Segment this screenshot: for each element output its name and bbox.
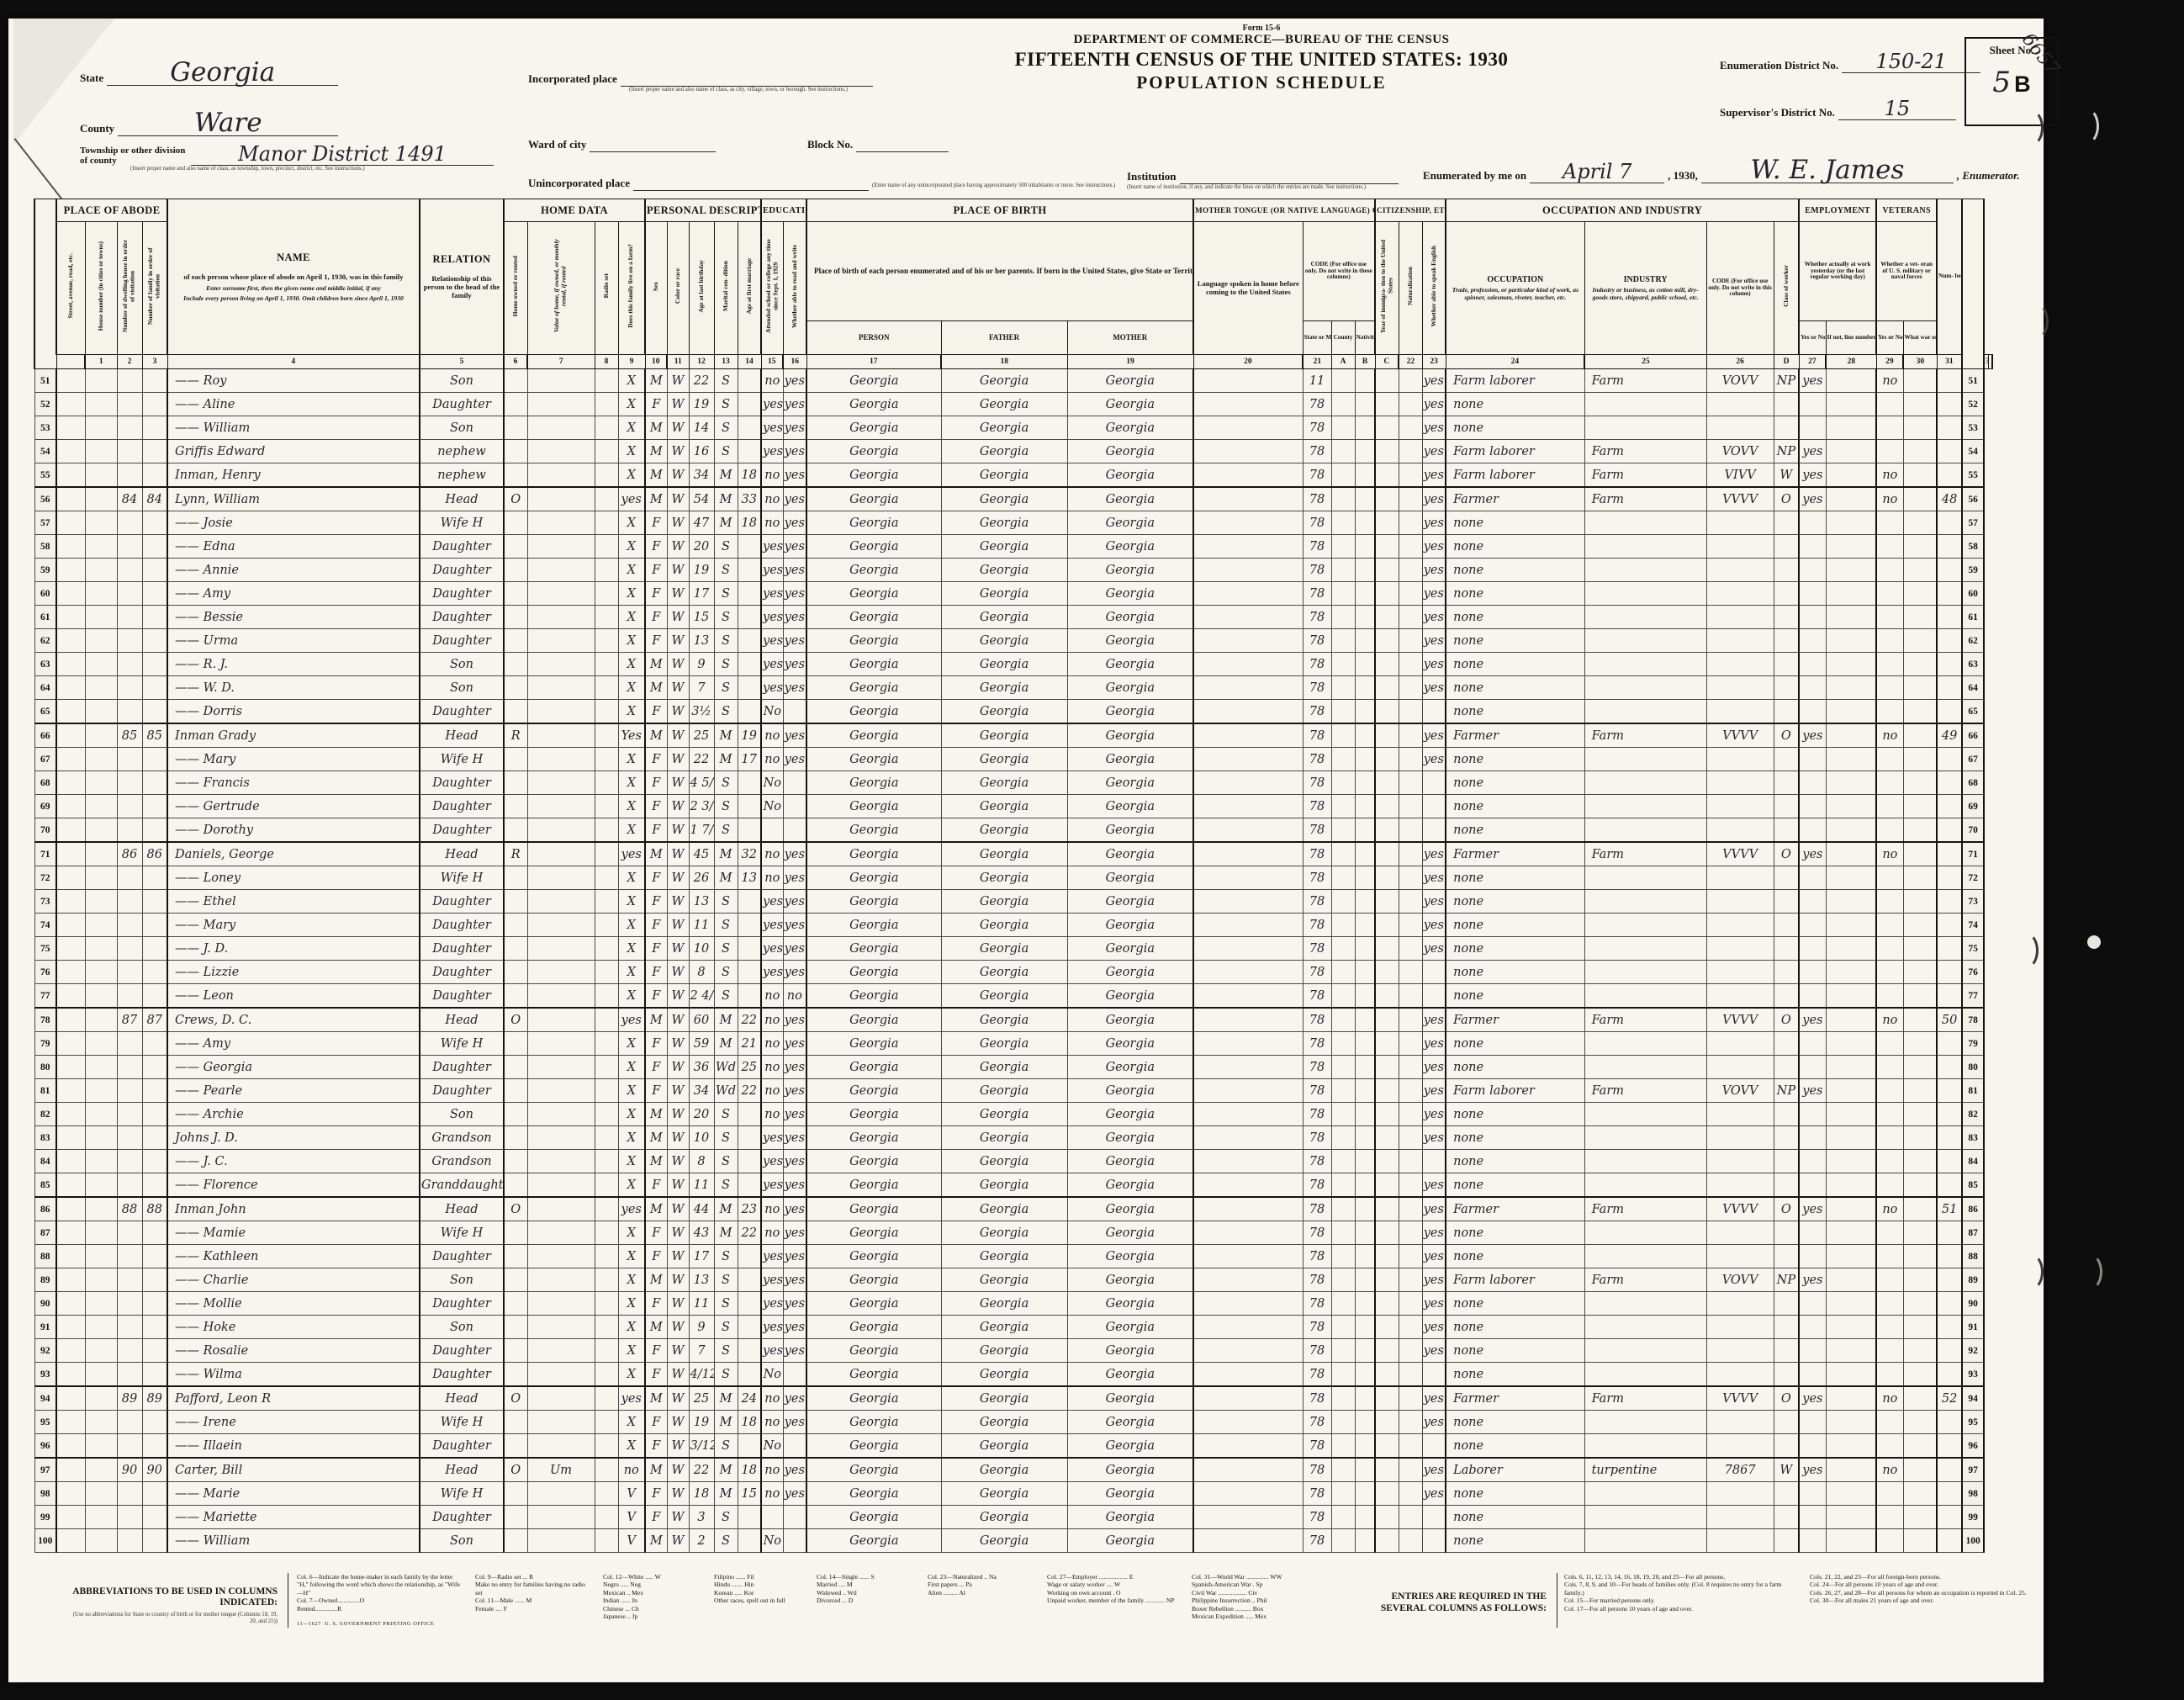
cell: F	[645, 1079, 667, 1103]
cell: No	[761, 771, 783, 795]
cell	[595, 676, 618, 700]
cell	[1355, 582, 1375, 606]
cell: yes	[783, 890, 806, 914]
cell	[1331, 393, 1355, 416]
cell	[1937, 961, 1962, 984]
cell: 54	[689, 487, 714, 511]
cell: no	[1876, 1458, 1903, 1482]
cell: W	[667, 890, 689, 914]
cell	[1876, 937, 1903, 961]
cell: yes	[783, 1126, 806, 1150]
cell	[1422, 1363, 1446, 1387]
group-veterans: VETERANS	[1876, 199, 1937, 222]
cell: Georgia	[1067, 1529, 1193, 1553]
cell	[1355, 1150, 1375, 1173]
block-field: Block No.	[807, 136, 949, 152]
cell	[1331, 818, 1355, 843]
cell	[504, 1529, 527, 1553]
cell	[1584, 1126, 1706, 1150]
cell	[504, 700, 527, 724]
cell: S	[714, 1268, 738, 1292]
cell	[85, 818, 117, 843]
cell	[56, 937, 85, 961]
cell: yes	[783, 559, 806, 582]
cell: F	[645, 1363, 667, 1387]
table-row: 57—— JosieWife HXFW47M18noyesGeorgiaGeor…	[34, 511, 1992, 535]
cell: W	[667, 463, 689, 488]
name-cell: —— Irene	[167, 1411, 420, 1434]
cell: no	[761, 1482, 783, 1506]
cell: none	[1446, 653, 1584, 676]
cell: F	[645, 748, 667, 771]
cell	[1399, 1103, 1422, 1126]
cell	[56, 487, 85, 511]
cell	[1903, 1197, 1937, 1221]
cell	[1903, 440, 1937, 463]
cell: Georgia	[1067, 1056, 1193, 1079]
cell: 89	[117, 1386, 142, 1411]
cell	[1706, 1245, 1774, 1268]
cell: X	[618, 463, 645, 488]
county-field: County Ware	[80, 113, 338, 136]
cell: 20	[689, 535, 714, 559]
cell: Georgia	[806, 463, 941, 488]
cell	[1937, 890, 1962, 914]
cell: O	[1774, 842, 1799, 866]
cell	[1584, 818, 1706, 843]
entries-title: ENTRIES ARE REQUIRED IN THE SEVERAL COLU…	[1345, 1591, 1547, 1615]
cell: S	[714, 914, 738, 937]
cell	[595, 1103, 618, 1126]
line-number: 95	[1962, 1411, 1984, 1434]
cell	[1399, 866, 1422, 890]
cell: VVVV	[1706, 723, 1774, 748]
cell	[1774, 393, 1799, 416]
cell	[1826, 1529, 1876, 1553]
cell	[1355, 535, 1375, 559]
cell	[595, 914, 618, 937]
table-row: 568484Lynn, WilliamHeadOyesMW54M33noyesG…	[34, 487, 1992, 511]
punch-mark	[2018, 109, 2044, 146]
cell	[1331, 1150, 1355, 1173]
cell	[1903, 606, 1937, 629]
footer-note-line: Negro ..... Neg	[603, 1581, 704, 1588]
cell: Georgia	[941, 1079, 1067, 1103]
cell	[117, 559, 142, 582]
cell	[1903, 393, 1937, 416]
table-row: 79—— AmyWife HXFW59M21noyesGeorgiaGeorgi…	[34, 1032, 1992, 1056]
cell	[117, 653, 142, 676]
cell: S	[714, 1363, 738, 1387]
cell: no	[761, 511, 783, 535]
col-17-header: Whether able to read and write	[783, 222, 806, 355]
line-number: 93	[34, 1363, 56, 1387]
cell: X	[618, 1268, 645, 1292]
cell: yes	[761, 1245, 783, 1268]
cell: X	[618, 984, 645, 1009]
cell: Georgia	[806, 535, 941, 559]
block-label: Block No.	[807, 138, 853, 151]
cell	[1375, 700, 1399, 724]
cell	[1193, 1126, 1303, 1150]
col-22-header: Year of immigra- tion to the United Stat…	[1375, 222, 1399, 355]
cell	[1193, 1079, 1303, 1103]
cell: Georgia	[941, 535, 1067, 559]
cell	[1399, 1245, 1422, 1268]
line-number: 78	[1962, 1008, 1984, 1032]
institution-field: Institution (Insert name of institution,…	[1127, 168, 1404, 190]
line-number: 71	[34, 842, 56, 866]
cell: yes	[1799, 723, 1826, 748]
line-number: 66	[34, 723, 56, 748]
line-number: 90	[34, 1292, 56, 1316]
cell: Georgia	[806, 748, 941, 771]
cell: Georgia	[941, 653, 1067, 676]
cell	[56, 535, 85, 559]
cell	[1399, 937, 1422, 961]
cell: Georgia	[806, 1529, 941, 1553]
cell	[1826, 1245, 1876, 1268]
cell	[142, 700, 167, 724]
cell	[527, 1411, 595, 1434]
cell	[1399, 890, 1422, 914]
cell: none	[1446, 1292, 1584, 1316]
cell	[1584, 1506, 1706, 1529]
cell	[527, 723, 595, 748]
cell	[142, 393, 167, 416]
cell: Daughter	[420, 606, 504, 629]
cell	[1422, 1506, 1446, 1529]
table-row: 93—— WilmaDaughterXFW4/12SNoGeorgiaGeorg…	[34, 1363, 1992, 1387]
cell	[117, 890, 142, 914]
name-cell: Lynn, William	[167, 487, 420, 511]
cell: Georgia	[1067, 723, 1193, 748]
cell	[527, 984, 595, 1009]
cell: NP	[1774, 1268, 1799, 1292]
cell	[504, 771, 527, 795]
cell: 78	[1303, 842, 1331, 866]
cell	[1584, 1529, 1706, 1553]
cell	[527, 890, 595, 914]
punch-mark	[2018, 1253, 2044, 1290]
cell: 15	[738, 1482, 761, 1506]
cell: none	[1446, 1173, 1584, 1198]
cell	[1937, 1126, 1962, 1150]
cell	[1903, 723, 1937, 748]
cell	[1375, 535, 1399, 559]
cell: Georgia	[941, 866, 1067, 890]
cell	[117, 1150, 142, 1173]
line-number: 64	[34, 676, 56, 700]
cell: yes	[783, 1316, 806, 1339]
cell	[1193, 1411, 1303, 1434]
cell: Georgia	[1067, 795, 1193, 818]
cell	[1331, 1506, 1355, 1529]
cell	[1399, 818, 1422, 843]
cell	[595, 1268, 618, 1292]
table-header: PLACE OF ABODE NAME of each person whose…	[34, 199, 1992, 369]
cell: Georgia	[806, 1434, 941, 1459]
cell: Georgia	[1067, 629, 1193, 653]
cell	[1937, 1316, 1962, 1339]
cell	[1876, 1482, 1903, 1506]
cell	[504, 914, 527, 937]
cell: 19	[738, 723, 761, 748]
cell: 17	[689, 582, 714, 606]
cell	[56, 463, 85, 488]
cell	[738, 771, 761, 795]
cell: W	[667, 416, 689, 440]
cell	[595, 1126, 618, 1150]
column-number: 1	[85, 355, 117, 369]
footer-col-e: Col. 14—Single ...... SMarried .... MWid…	[817, 1573, 917, 1628]
cell	[1193, 1056, 1303, 1079]
cell	[1876, 1032, 1903, 1056]
cell: 2 4/12	[689, 984, 714, 1009]
cell: Georgia	[806, 1079, 941, 1103]
table-row: 68—— FrancisDaughterXFW4 5/12SNoGeorgiaG…	[34, 771, 1992, 795]
cell	[1799, 1173, 1826, 1198]
emp-line-subheader: If not, line number on Unem- ployment Sc…	[1826, 321, 1876, 355]
name-cell: Inman John	[167, 1197, 420, 1221]
cell: X	[618, 369, 645, 393]
name-cell: Pafford, Leon R	[167, 1386, 420, 1411]
cell: M	[714, 1411, 738, 1434]
cell	[85, 629, 117, 653]
line-number: 86	[34, 1197, 56, 1221]
cell	[1876, 1173, 1903, 1198]
cell: W	[667, 1529, 689, 1553]
cell	[1375, 961, 1399, 984]
cell	[738, 393, 761, 416]
cell: no	[761, 748, 783, 771]
cell	[1331, 700, 1355, 724]
cell	[1774, 1032, 1799, 1056]
cell: V	[618, 1482, 645, 1506]
cell	[1903, 1032, 1937, 1056]
cell	[1331, 1079, 1355, 1103]
name-cell: Crews, D. C.	[167, 1008, 420, 1032]
line-number: 63	[1962, 653, 1984, 676]
cell: 9	[689, 653, 714, 676]
line-number: 80	[1962, 1056, 1984, 1079]
cell	[1331, 582, 1355, 606]
cell: M	[714, 1458, 738, 1482]
cell	[1799, 890, 1826, 914]
cell: no	[761, 1103, 783, 1126]
cell	[85, 771, 117, 795]
cell: 19	[689, 559, 714, 582]
cell	[1399, 842, 1422, 866]
cell: VIVV	[1706, 463, 1774, 488]
cell	[783, 771, 806, 795]
cell	[56, 1458, 85, 1482]
cell	[85, 1529, 117, 1553]
cell	[1937, 914, 1962, 937]
cell: yes	[1422, 1173, 1446, 1198]
cell	[1706, 795, 1774, 818]
cell	[1903, 1363, 1937, 1387]
cell: No	[761, 1434, 783, 1459]
cell	[1331, 748, 1355, 771]
cell	[1355, 984, 1375, 1009]
footer-note-line: Wage or salary worker .... W	[1047, 1581, 1182, 1588]
cell: Wd	[714, 1056, 738, 1079]
cell: no	[761, 487, 783, 511]
cell	[56, 511, 85, 535]
cell	[1799, 914, 1826, 937]
cell: Georgia	[806, 1221, 941, 1245]
cell	[142, 1292, 167, 1316]
name-cell: —— Lizzie	[167, 961, 420, 984]
cell	[1584, 1173, 1706, 1198]
cell: Farm	[1584, 1197, 1706, 1221]
name-cell: —— Kathleen	[167, 1245, 420, 1268]
cell	[142, 1150, 167, 1173]
cell	[527, 1197, 595, 1221]
cell: M	[645, 1529, 667, 1553]
cell: none	[1446, 866, 1584, 890]
column-number: 29	[1876, 355, 1903, 369]
cell: 18	[738, 463, 761, 488]
cell: S	[714, 937, 738, 961]
cell	[142, 535, 167, 559]
cell	[1584, 1339, 1706, 1363]
cell: Georgia	[806, 1056, 941, 1079]
cell	[1799, 700, 1826, 724]
cell: Georgia	[1067, 559, 1193, 582]
cell: 24	[738, 1386, 761, 1411]
name-cell: —— Archie	[167, 1103, 420, 1126]
cell: W	[1774, 1458, 1799, 1482]
cell	[595, 1506, 618, 1529]
cell: 84	[117, 487, 142, 511]
cell	[1826, 866, 1876, 890]
cell	[1937, 582, 1962, 606]
footer-note-line: First papers ... Pa	[928, 1581, 1037, 1588]
cell	[1706, 1363, 1774, 1387]
cell	[1876, 1292, 1903, 1316]
cell: no	[761, 1458, 783, 1482]
cell	[1399, 369, 1422, 393]
cell: yes	[783, 535, 806, 559]
cell	[1799, 1103, 1826, 1126]
cell: yes	[783, 511, 806, 535]
cell: F	[645, 914, 667, 937]
cell: none	[1446, 1434, 1584, 1459]
line-number: 61	[34, 606, 56, 629]
cell: 87	[117, 1008, 142, 1032]
cell: no	[1876, 463, 1903, 488]
cell: Georgia	[941, 795, 1067, 818]
cell	[1706, 700, 1774, 724]
cell: Georgia	[806, 1008, 941, 1032]
cell: Georgia	[806, 511, 941, 535]
enumerated-field: Enumerated by me on April 7 , 1930, W. E…	[1423, 160, 2020, 183]
cell	[738, 653, 761, 676]
table-row: 100—— WilliamSonVMW2SNoGeorgiaGeorgiaGeo…	[34, 1529, 1992, 1553]
cell	[142, 606, 167, 629]
cell	[1355, 1008, 1375, 1032]
cell	[1903, 463, 1937, 488]
column-number: 4	[167, 355, 420, 369]
cell	[1903, 1292, 1937, 1316]
cell	[1584, 937, 1706, 961]
line-number: 53	[34, 416, 56, 440]
cell: 78	[1303, 1386, 1331, 1411]
cell	[1903, 629, 1937, 653]
cell: W	[667, 1434, 689, 1459]
cell	[117, 984, 142, 1009]
cell	[142, 559, 167, 582]
cell	[1706, 1482, 1774, 1506]
cell: 45	[689, 842, 714, 866]
cell: 34	[689, 463, 714, 488]
cell: yes	[783, 369, 806, 393]
name-cell: —— R. J.	[167, 653, 420, 676]
cell: Georgia	[806, 937, 941, 961]
cell: VVVV	[1706, 1197, 1774, 1221]
cell: M	[645, 1008, 667, 1032]
cell: Georgia	[1067, 1292, 1193, 1316]
cell	[1399, 1032, 1422, 1056]
cell: X	[618, 1221, 645, 1245]
cell: Daughter	[420, 937, 504, 961]
cell	[761, 1506, 783, 1529]
cell: 3½	[689, 700, 714, 724]
cell	[1903, 582, 1937, 606]
cell: R	[504, 723, 527, 748]
cell	[117, 1268, 142, 1292]
cell	[1826, 1434, 1876, 1459]
footer-note-line: Divorced ... D	[817, 1597, 917, 1604]
cell	[761, 818, 783, 843]
cell	[1826, 771, 1876, 795]
cell: Georgia	[1067, 748, 1193, 771]
cell: 78	[1303, 723, 1331, 748]
cell	[117, 1339, 142, 1363]
table-row: 82—— ArchieSonXMW20SnoyesGeorgiaGeorgiaG…	[34, 1103, 1992, 1126]
cell	[1826, 700, 1876, 724]
col-13-header: Age at last birthday	[689, 222, 714, 355]
cell	[1937, 1529, 1962, 1553]
cell	[1706, 1103, 1774, 1126]
cell: none	[1446, 416, 1584, 440]
cell	[1355, 1173, 1375, 1198]
cell	[142, 511, 167, 535]
cell: 78	[1303, 653, 1331, 676]
cell: Daughter	[420, 1339, 504, 1363]
cell: Georgia	[1067, 1506, 1193, 1529]
cell: W	[667, 1197, 689, 1221]
col-24-header: Whether able to speak English	[1422, 222, 1446, 355]
cell	[1937, 511, 1962, 535]
cell	[595, 487, 618, 511]
cell: S	[714, 1103, 738, 1126]
cell	[1799, 1150, 1826, 1173]
cell	[1375, 1197, 1399, 1221]
table-row: 64—— W. D.SonXMW7SyesyesGeorgiaGeorgiaGe…	[34, 676, 1992, 700]
cell	[595, 984, 618, 1009]
cell: X	[618, 1434, 645, 1459]
table-row: 948989Pafford, Leon RHeadOyesMW25M24noye…	[34, 1386, 1992, 1411]
cell: S	[714, 1506, 738, 1529]
footer-note-line: Boxer Rebellion .......... Box	[1192, 1605, 1335, 1613]
name-cell: —— Annie	[167, 559, 420, 582]
cell	[595, 723, 618, 748]
cell	[1903, 487, 1937, 511]
cell	[595, 1056, 618, 1079]
